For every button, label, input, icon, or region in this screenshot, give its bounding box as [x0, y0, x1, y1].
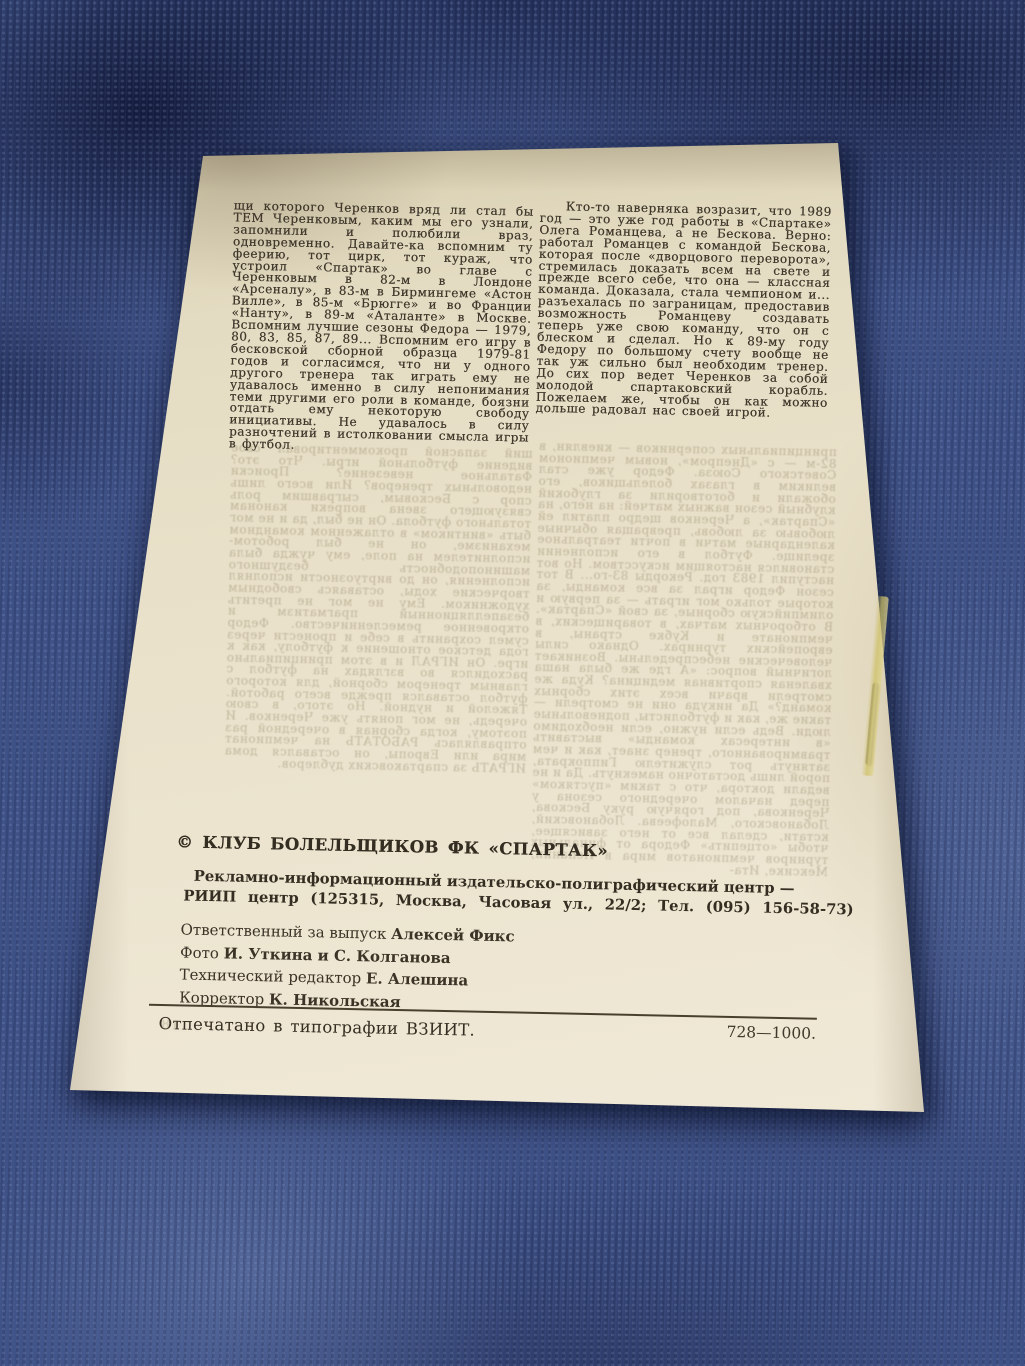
credit-name: Алексей Фикс: [391, 925, 515, 946]
article-column-left: щи которого Черенков вряд ли стал бы ТЕМ…: [229, 200, 534, 456]
credit-role: Фото: [180, 943, 219, 962]
page-content: щи которого Черенков вряд ли стал бы ТЕМ…: [59, 134, 933, 1121]
bleed-through-text-right: принципиальных соперников — киевлян, в 8…: [527, 441, 837, 1021]
print-run-number: 728—1000.: [726, 1023, 816, 1043]
credit-role: Ответственный за выпуск: [180, 920, 386, 942]
bleed-through-text-left: ший запасной прокомментировал свое виден…: [223, 442, 533, 828]
credits-block: Ответственный за выпуск Алексей Фикс Фот…: [179, 918, 515, 1015]
printing-house-line: Отпечатано в типографии ВЗИИТ.: [158, 1014, 475, 1040]
credit-role: Технический редактор: [179, 966, 361, 988]
credit-name: Е. Алешина: [366, 970, 469, 990]
paper-sheet: щи которого Черенков вряд ли стал бы ТЕМ…: [70, 143, 924, 1112]
programme-back-page: щи которого Черенков вряд ли стал бы ТЕМ…: [70, 143, 924, 1112]
credit-name: И. Уткина и С. Колганова: [224, 944, 451, 967]
photo-scene: щи которого Черенков вряд ли стал бы ТЕМ…: [0, 0, 1025, 1366]
bleed-through-page-number: 18: [160, 1020, 179, 1032]
article-column-right: Кто-то наверняка возразит, что 1989 год …: [535, 201, 831, 421]
